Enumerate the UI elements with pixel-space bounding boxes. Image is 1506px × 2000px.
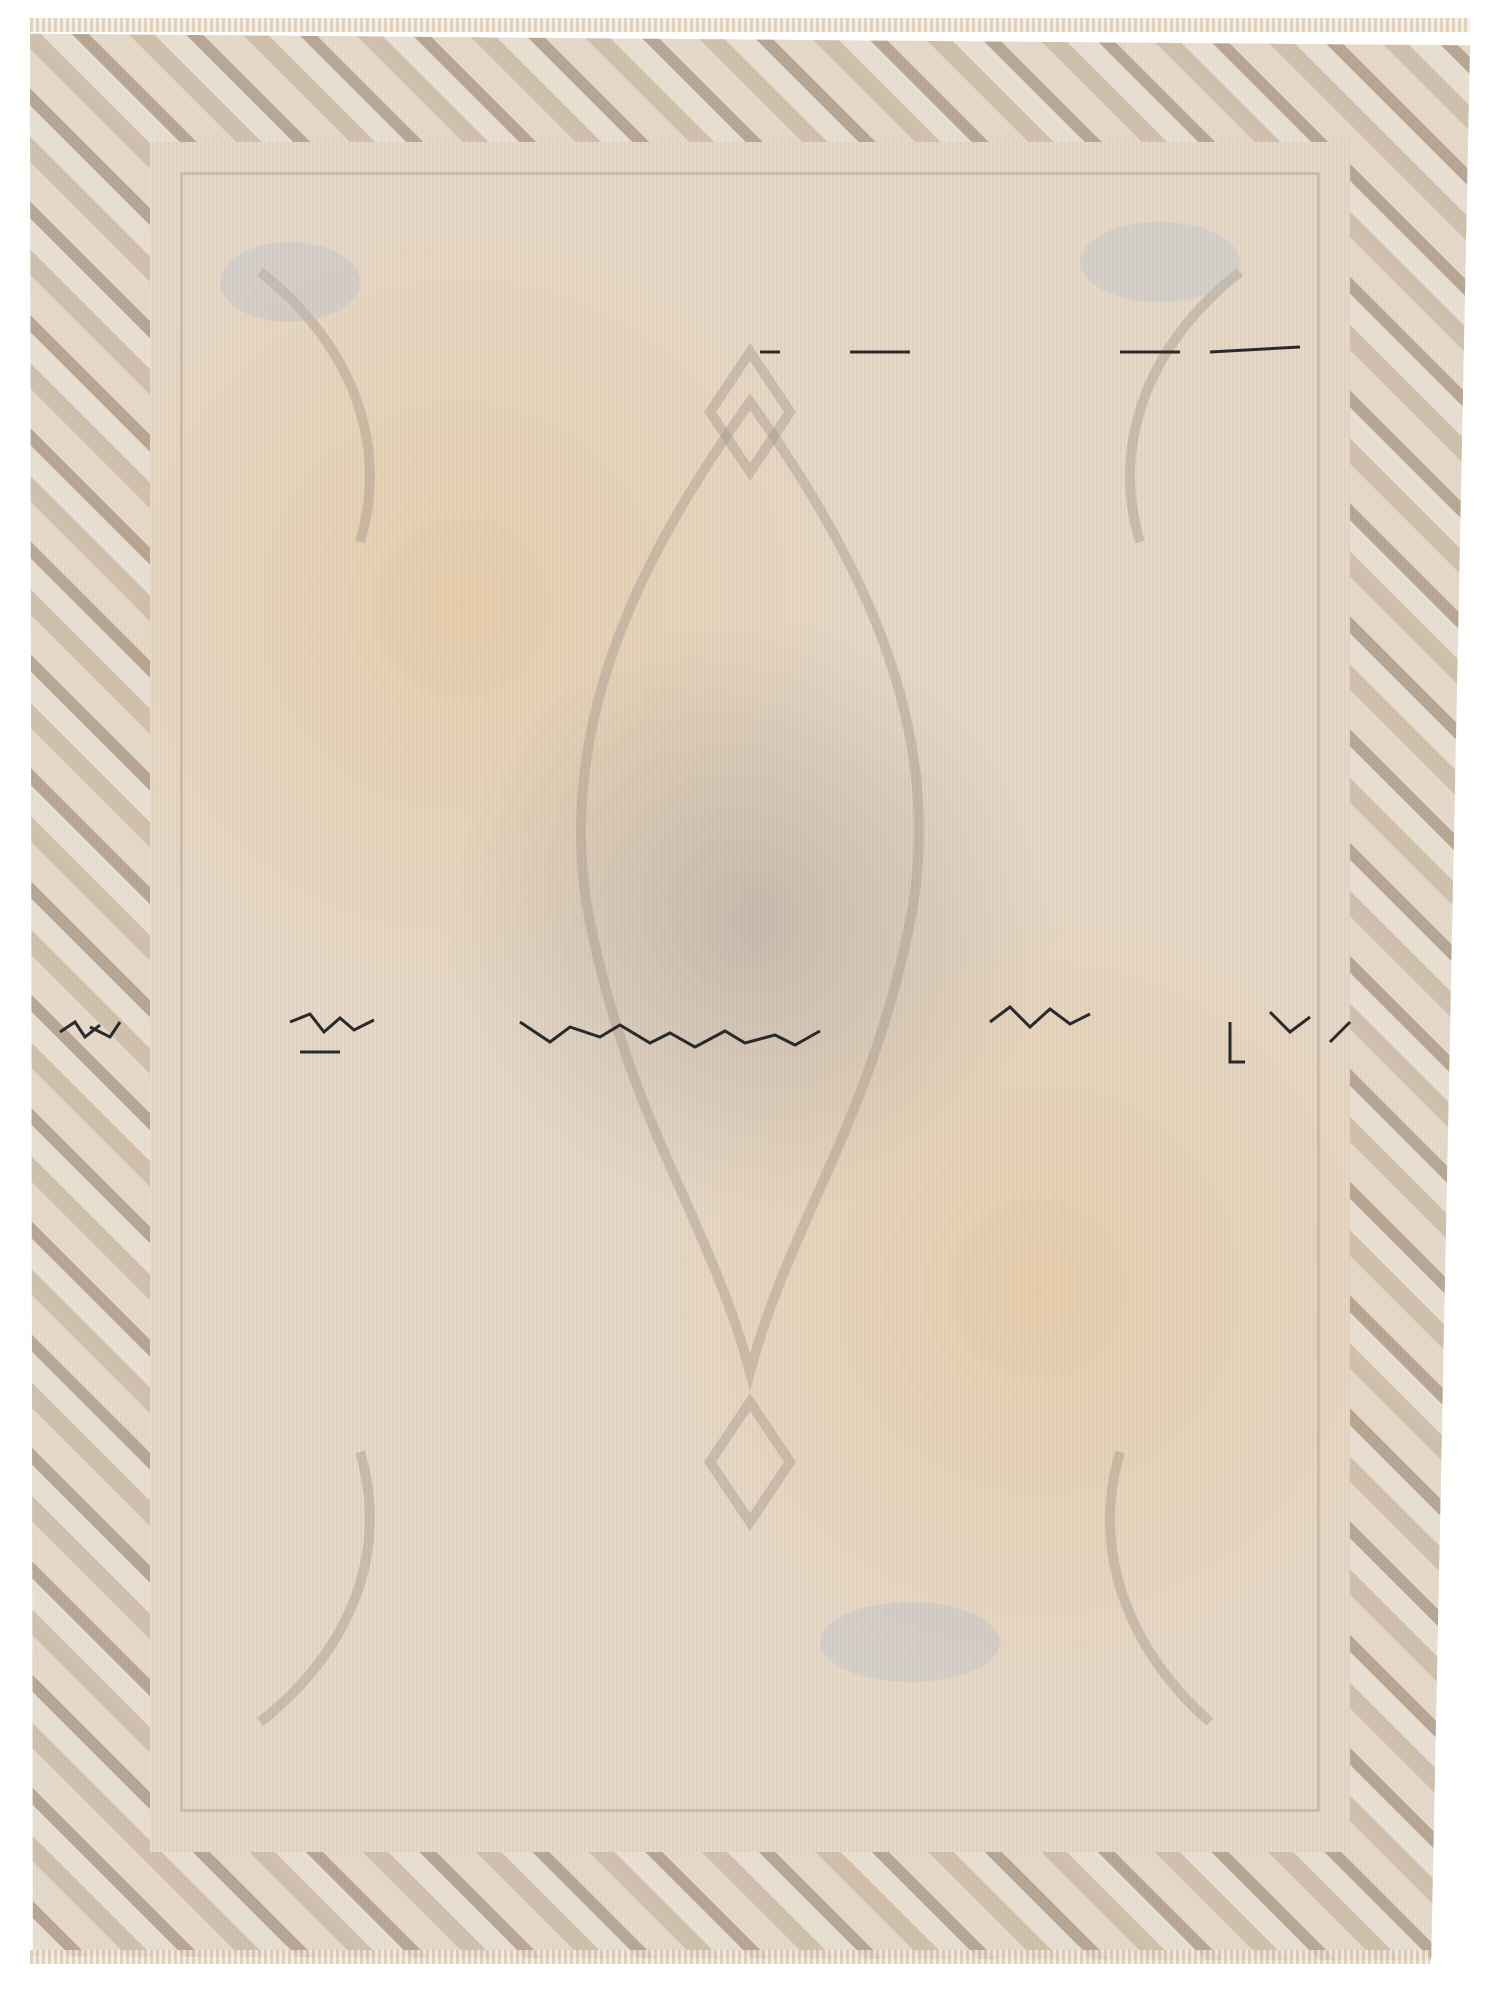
rug <box>30 22 1470 1972</box>
rug-fringe-top <box>30 18 1470 32</box>
rug-fringe-bottom <box>30 1950 1430 1964</box>
rug-worn-knot-lines <box>30 22 1470 1972</box>
